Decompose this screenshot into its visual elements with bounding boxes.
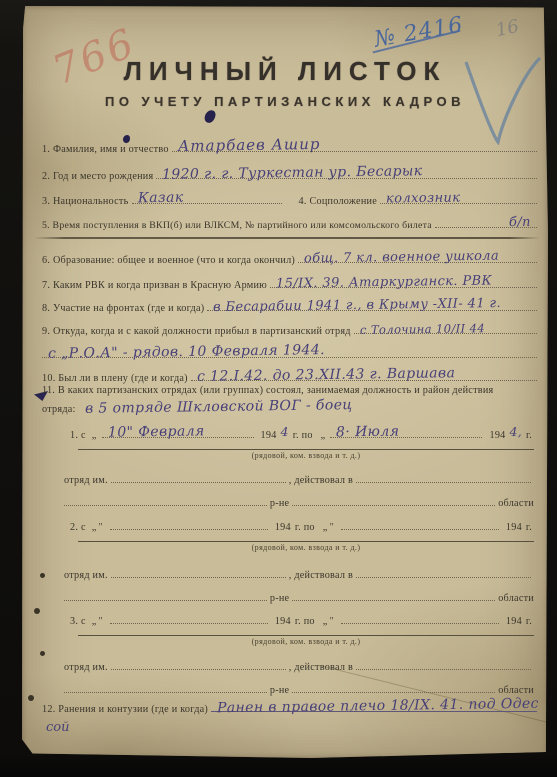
fill-line [356,565,531,578]
district-label: р-не [270,498,289,509]
handwritten-year: 4 [281,424,289,439]
page-title: ЛИЧНЫЙ ЛИСТОК [22,56,548,87]
handwritten-value: с 12.I.42. до 23.XII.43 г. Варшава [197,365,455,385]
handwritten-value: в 5 отряде Шкловской ВОГ - боец [85,397,353,417]
handwritten-value: Атарбаев Ашир [178,135,321,155]
fill-line [356,470,531,483]
rank-caption: (рядовой, ком. взвода и т. д.) [78,451,534,460]
quote-mark: „ [321,430,326,441]
field-birth: 2. Год и место рождения 1920 г. г. Турке… [42,166,540,182]
handwritten-value: общ. 7 кл. военное ушкола [304,249,499,267]
fill-line: Ранен в правое плечо 18/IX. 41. под Одес [211,699,537,712]
po-label: г. по [293,430,313,441]
fill-line: Казак [132,191,282,204]
field-label: 2. Год и место рождения [42,171,153,182]
field-surname: 1. Фамилия, имя и отчество Атарбаев Ашир [42,139,540,155]
fill-line [341,611,499,624]
field-party: 5. Время поступления в ВКП(б) или ВЛКСМ,… [42,215,540,231]
oblast-label: области [498,593,534,604]
rank-caption-block: (рядовой, ком. взвода и т. д.) [78,449,534,460]
otryad-label: отряд им. [64,662,108,673]
handwritten-value: 1920 г. г. Туркестан ур. Бесарык [162,163,423,183]
district-label: р-не [270,685,289,696]
g-label: г. [526,522,532,533]
handwritten-value: Казак [137,190,183,207]
field-label: 4. Соцположение [299,196,377,207]
field-label: 8. Участие на фронтах (где и когда) [42,303,204,314]
paper-speck [40,573,45,578]
caption-rule [78,635,534,636]
handwritten-value: с Толочина 10/II 44 [360,321,485,337]
field-nationality-social: 3. Национальность Казак 4. Соцположение … [42,191,540,207]
oblast-label: области [498,498,534,509]
fill-line [110,611,268,624]
paper-speck [34,608,40,614]
po-label: г. по [295,522,315,533]
acted-label: , действовал в [289,475,353,486]
fill-line [64,493,267,506]
field-label: 5. Время поступления в ВКП(б) или ВЛКСМ,… [42,220,432,231]
field-label: 9. Откуда, когда и с какой должности при… [42,326,351,337]
rank-caption: (рядовой, ком. взвода и т. д.) [78,637,534,646]
quote-mark: " [99,616,103,627]
handwritten-value: с „Р.О.А" - рядов. 10 Февраля 1944. [48,342,325,362]
row-number: 2. с [70,522,86,533]
registration-number: № 2416 [373,12,466,52]
handwritten-value: в Бесарабии 1941 г., в Крыму -XII- 41 г. [213,296,501,315]
district-label: р-не [270,593,289,604]
field-label: 7. Каким РВК и когда призван в Красную А… [42,280,267,291]
fill-line [341,517,499,530]
detachment-line: отряд им. , действовал в [64,657,534,673]
service-row-3: 3. с „ " 194 г. по „ " 194 г. [70,611,534,627]
quote-mark: " [330,522,334,533]
rank-caption-block: (рядовой, ком. взвода и т. д.) [78,635,534,646]
fill-line: 8· Июля [330,425,482,438]
rank-caption-block: (рядовой, ком. взвода и т. д.) [78,541,534,552]
quote-mark: " [99,522,103,533]
field-fronts: 8. Участие на фронтах (где и когда) в Бе… [42,298,540,314]
fill-line [292,493,495,506]
service-row-1: 1. с „ 10" Февраля 1944 г. по „ 8· Июля … [70,425,534,441]
district-line: р-не области [64,680,534,696]
pencil-number: 16 [494,16,521,41]
document-sheet: 766 № 2416 16 ЛИЧНЫЙ ЛИСТОК ПО УЧЕТУ ПАР… [22,6,548,758]
fill-line [110,517,268,530]
acted-label: , действовал в [289,570,353,581]
handwritten-value: Ранен в правое плечо 18/IX. 41. под Одес [217,696,539,716]
fill-line [111,565,286,578]
fill-line: с 12.I.42. до 23.XII.43 г. Варшава [191,368,537,381]
year-printed: 194 [275,616,291,627]
fill-line [292,680,495,693]
po-label: г. по [295,616,315,627]
fill-line [292,588,495,601]
fill-line: в Бесарабии 1941 г., в Крыму -XII- 41 г. [207,298,537,311]
otryad-label: отряд им. [64,570,108,581]
year-printed: 194 [506,522,522,533]
fill-line: 10" Февраля [102,425,254,438]
service-row-2: 2. с „ " 194 г. по „ " 194 г. [70,517,534,533]
field-label: отряда: [42,404,76,415]
row-number: 1. с [70,430,86,441]
handwritten-continuation: сой [46,720,69,735]
caption-rule [78,449,534,450]
paper-speck [28,695,34,701]
handwritten-value: б/п [509,215,531,230]
otryad-label: отряд им. [64,475,108,486]
fill-line [111,657,286,670]
page-subtitle: ПО УЧЕТУ ПАРТИЗАНСКИХ КАДРОВ [22,94,548,109]
fill-line: 15/IX. 39. Атаркурганск. РВК [270,275,537,288]
fill-line [64,588,267,601]
g-label: г. [526,616,532,627]
detachment-line: отряд им. , действовал в [64,565,534,581]
fill-line: б/п [435,215,537,228]
field-detachments-label: 11. В каких партизанских отрядах (или гр… [42,385,540,396]
field-captivity: 10. Был ли в плену (где и когда) с 12.I.… [42,368,540,384]
quote-mark: „ [92,522,97,533]
detachment-line: отряд им. , действовал в [64,470,534,486]
section-divider [34,237,540,239]
quote-mark: " [330,616,334,627]
quote-mark: „ [323,522,328,533]
fill-line: в 5 отряде Шкловской ВОГ - боец [79,400,537,412]
handwritten-value: 15/IX. 39. Атаркурганск. РВК [276,273,492,291]
row-number: 3. с [70,616,86,627]
handwritten-year: 4, [510,424,522,439]
quote-mark: „ [323,616,328,627]
year-printed: 194 [261,430,277,441]
fill-line: Атарбаев Ашир [172,139,537,152]
field-detachments-value: отряда: в 5 отряде Шкловской ВОГ - боец [42,400,540,415]
quote-mark: „ [92,430,97,441]
handwritten-to-date: 8· Июля [336,424,400,441]
handwritten-value: колхозник [386,190,461,206]
fill-line [64,680,267,693]
caption-rule [78,541,534,542]
field-label: 1. Фамилия, имя и отчество [42,144,169,155]
fill-line: 1920 г. г. Туркестан ур. Бесарык [156,166,537,179]
fill-line: общ. 7 кл. военное ушкола [298,250,537,263]
quote-mark: „ [92,616,97,627]
field-rvk: 7. Каким РВК и когда призван в Красную А… [42,275,540,291]
year-printed: 194 [275,522,291,533]
fill-line: с Толочина 10/II 44 [354,321,537,334]
year-printed: 194 [506,616,522,627]
field-label: 6. Образование: общее и военное (что и к… [42,255,295,266]
district-line: р-не области [64,588,534,604]
fill-line [111,470,286,483]
year-printed: 194 [489,430,505,441]
scan-background: 766 № 2416 16 ЛИЧНЫЙ ЛИСТОК ПО УЧЕТУ ПАР… [0,0,557,777]
g-label: г. [526,430,532,441]
district-line: р-не области [64,493,534,509]
field-arrival-continued: с „Р.О.А" - рядов. 10 Февраля 1944. [42,345,540,358]
field-arrival: 9. Откуда, когда и с какой должности при… [42,321,540,337]
paper-speck [40,651,45,656]
acted-label: , действовал в [289,662,353,673]
rank-caption: (рядовой, ком. взвода и т. д.) [78,543,534,552]
oblast-label: области [498,685,534,696]
field-education: 6. Образование: общее и военное (что и к… [42,250,540,266]
field-label: 3. Национальность [42,196,129,207]
handwritten-from-date: 10" Февраля [107,423,204,440]
fill-line: колхозник [380,191,537,204]
fill-line [356,657,531,670]
field-wounds: 12. Ранения и контузии (где и когда) Ран… [42,699,540,715]
ink-blot [203,109,217,124]
field-label: 10. Был ли в плену (где и когда) [42,373,188,384]
field-label: 12. Ранения и контузии (где и когда) [42,704,208,715]
fill-line: с „Р.О.А" - рядов. 10 Февраля 1944. [42,345,537,358]
field-label: 11. В каких партизанских отрядах (или гр… [42,385,493,396]
